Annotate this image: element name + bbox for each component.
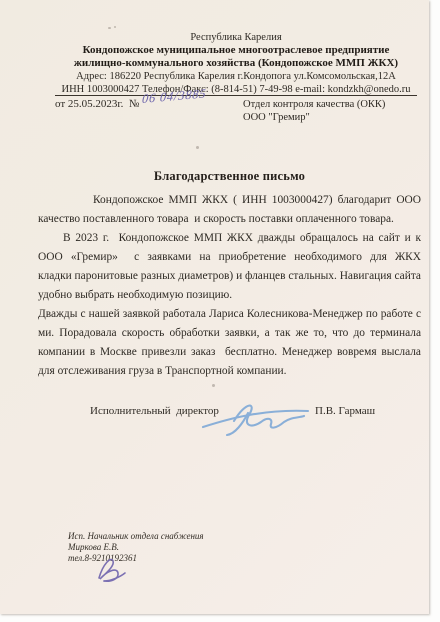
body-line: ООО «Гремир» с заявками на приобретение … bbox=[38, 248, 421, 267]
body-line: Кондопожское ММП ЖКХ ( ИНН 1003000427) б… bbox=[38, 191, 421, 210]
body-line: компании в Москве привезли заказ бесплат… bbox=[38, 343, 421, 362]
scan-speck bbox=[108, 27, 111, 29]
recipient-block: Отдел контроля качества (ОКК) ООО "Греми… bbox=[243, 99, 385, 124]
recipient-company: ООО "Гремир" bbox=[243, 112, 385, 125]
org-region: Республика Карелия bbox=[55, 31, 417, 44]
director-signature-scribble bbox=[200, 390, 312, 438]
org-name-line1: Кондопожское муниципальное многоотраслев… bbox=[55, 44, 417, 57]
ref-date-label: от 25.05.2023г. № bbox=[55, 98, 139, 110]
signature-name: П.В. Гармаш bbox=[315, 405, 375, 417]
executor-initials-scribble bbox=[90, 554, 130, 588]
scanned-letter: Республика Карелия Кондопожское муниципа… bbox=[0, 0, 440, 622]
scan-speck bbox=[114, 26, 116, 28]
org-name-line2: жилищно-коммунального хозяйства (Кондопо… bbox=[55, 57, 417, 70]
executor-name: Миркова Е.В. bbox=[68, 542, 204, 553]
executor-phone: тел.8-9210192361 bbox=[68, 553, 204, 564]
header-divider bbox=[55, 95, 417, 96]
recipient-department: Отдел контроля качества (ОКК) bbox=[243, 99, 385, 112]
body-line: В 2023 г. Кондопожское ММП ЖКХ дважды об… bbox=[38, 229, 421, 248]
body-line: качество поставленного товара и скорость… bbox=[38, 210, 421, 229]
scan-speck bbox=[196, 146, 199, 149]
body-line: для отслеживания груза в Транспортной ко… bbox=[38, 362, 421, 381]
letter-page: Республика Карелия Кондопожское муниципа… bbox=[0, 0, 429, 614]
letter-body: Кондопожское ММП ЖКХ ( ИНН 1003000427) б… bbox=[38, 191, 421, 381]
executor-block: Исп. Начальник отдела снабжения Миркова … bbox=[68, 531, 204, 564]
body-line: ми. Порадовала скорость обработки заявки… bbox=[38, 324, 421, 343]
body-line: удобно выбрать необходимую позицию. bbox=[38, 286, 421, 305]
letter-title: Благодарственное письмо bbox=[38, 169, 421, 184]
body-line: кладки паронитовые разных диаметров) и ф… bbox=[38, 267, 421, 286]
org-header: Республика Карелия Кондопожское муниципа… bbox=[55, 31, 417, 96]
executor-role: Исп. Начальник отдела снабжения bbox=[68, 531, 204, 542]
body-line: Дважды с нашей заявкой работала Лариса К… bbox=[38, 305, 421, 324]
scan-speck bbox=[212, 384, 215, 387]
org-address: Адрес: 186220 Республика Карелия г.Кондо… bbox=[55, 70, 417, 83]
